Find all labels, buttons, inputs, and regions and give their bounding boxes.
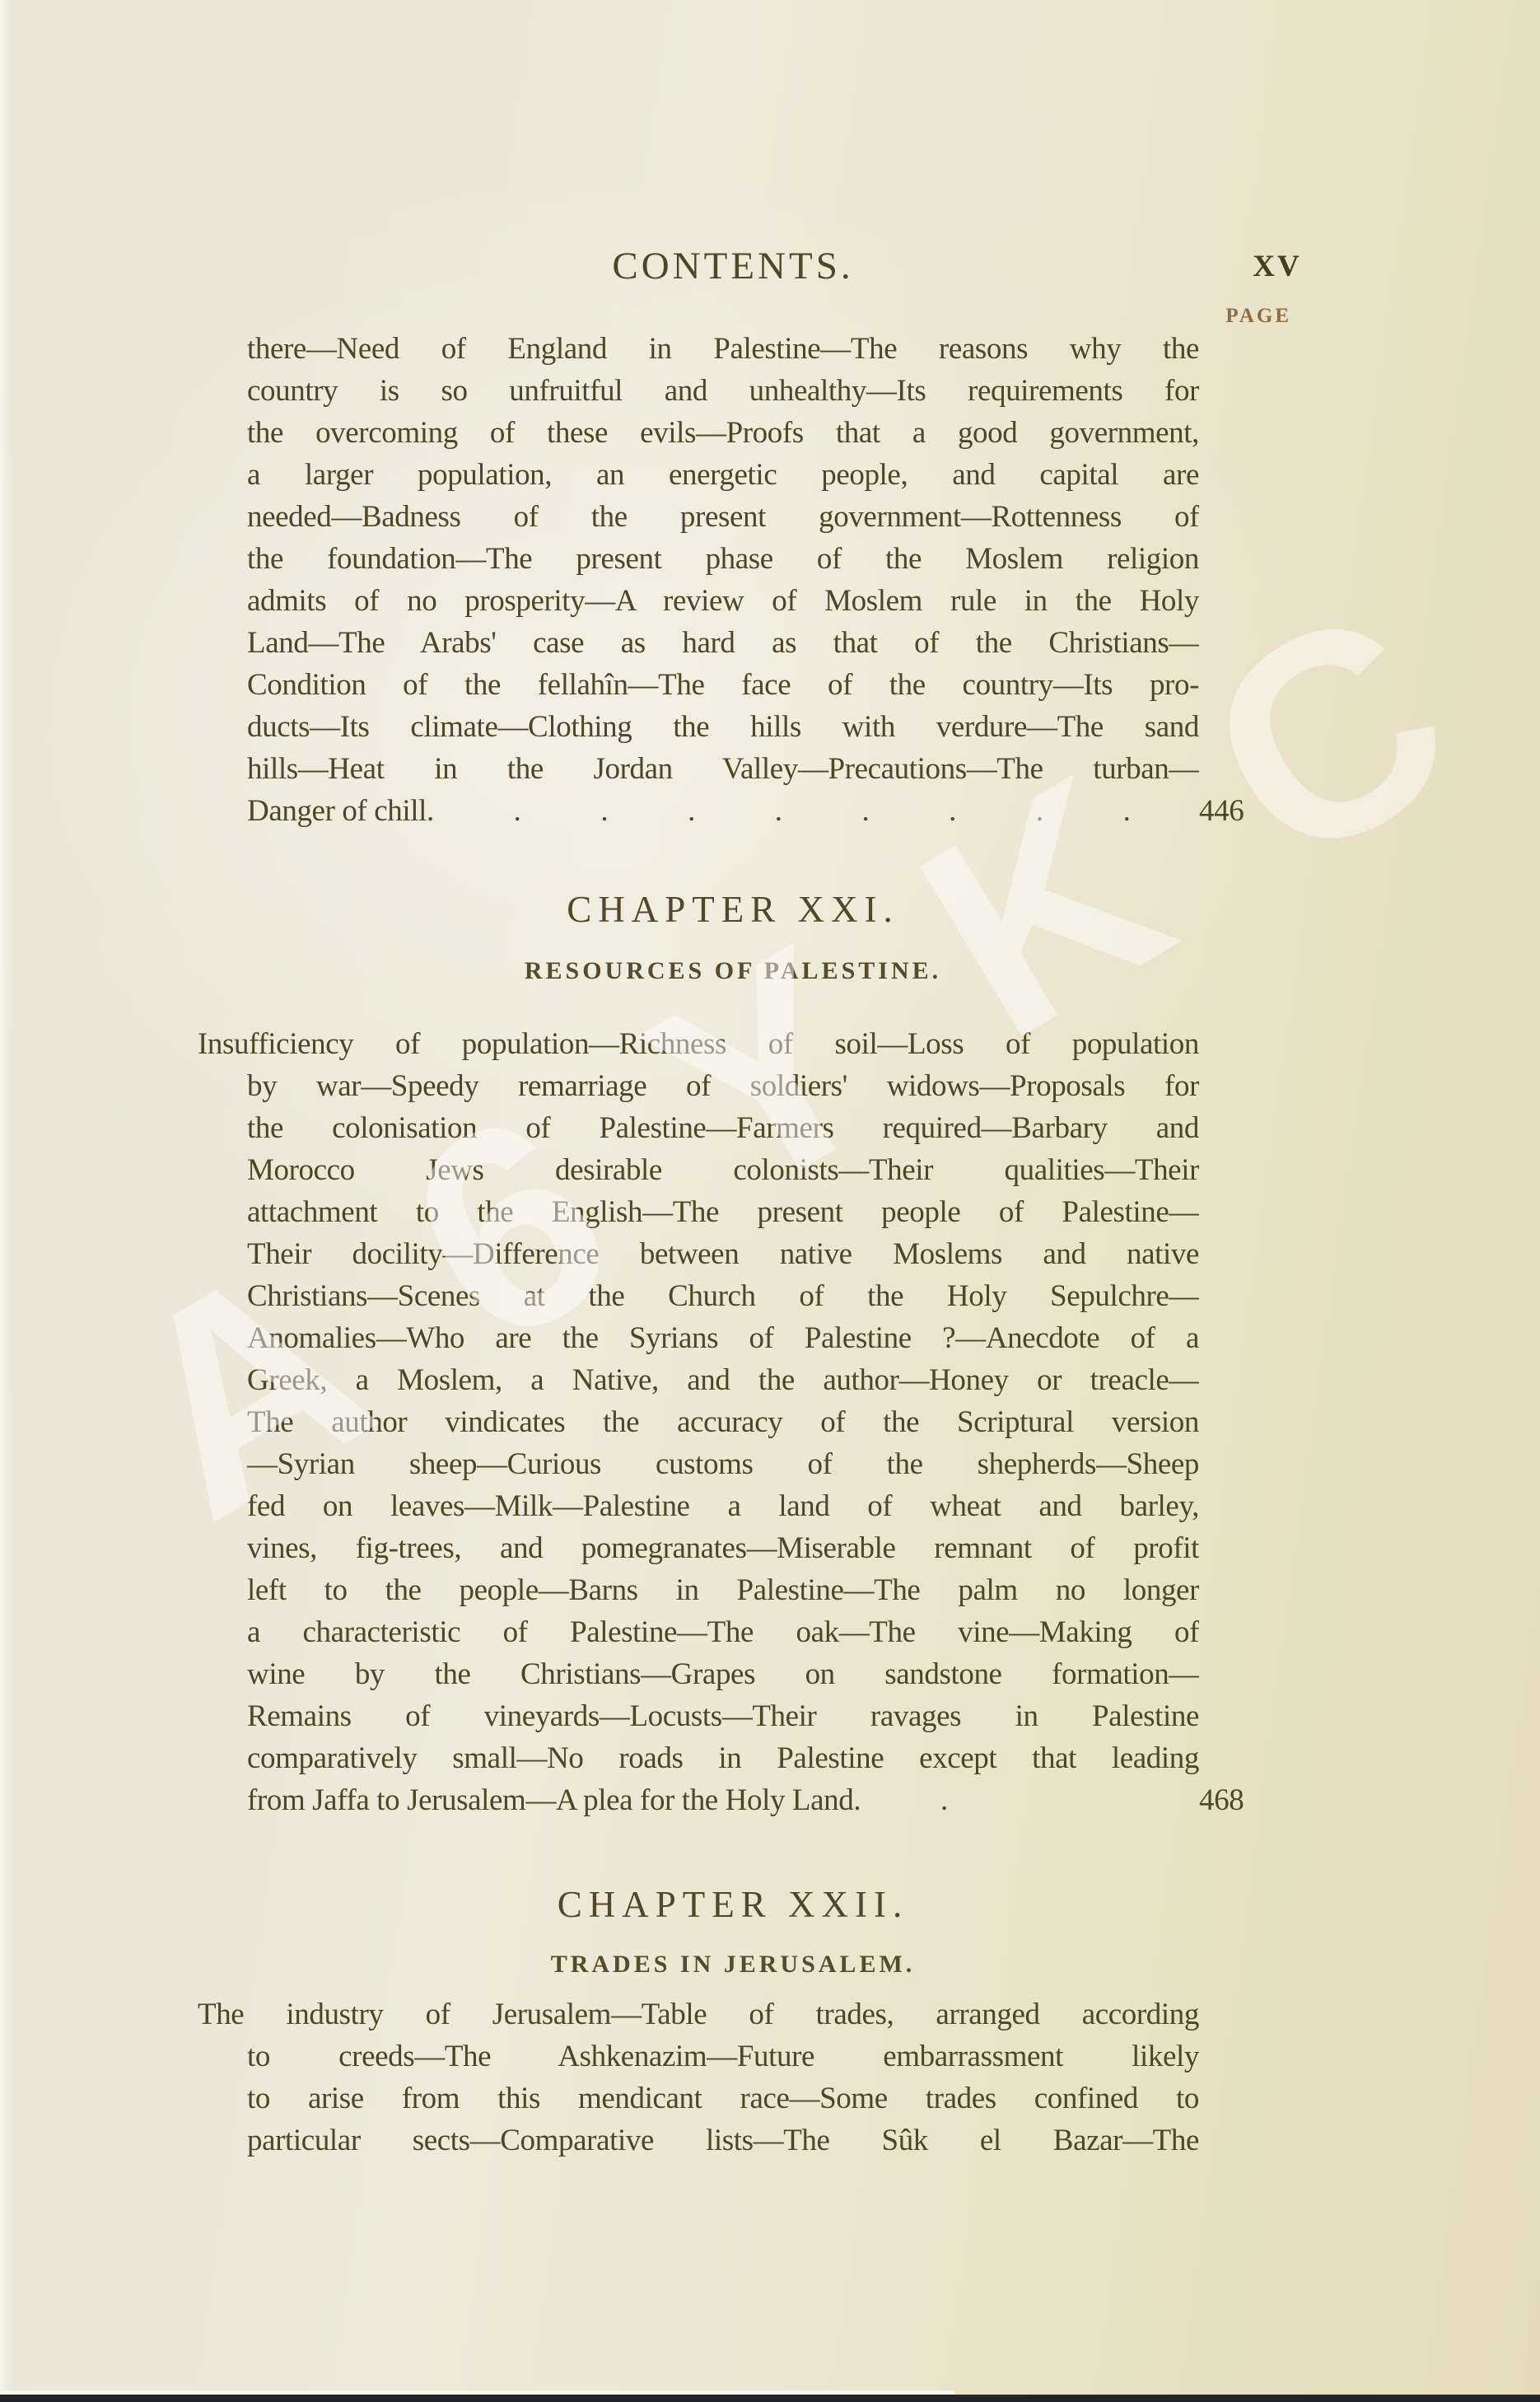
toc-line: The industry of Jerusalem—Table of trade… xyxy=(198,1993,1199,2035)
page-number: 468 xyxy=(1199,1779,1291,1821)
leader-dots: . . xyxy=(853,1779,1199,1821)
toc-line: a larger population, an energetic people… xyxy=(198,454,1199,496)
chapter-subheading: TRADES IN JERUSALEM. xyxy=(206,1951,1260,1979)
folio-number: XV xyxy=(1240,249,1314,284)
toc-line: wine by the Christians—Grapes on sandsto… xyxy=(198,1653,1199,1695)
toc-line: admits of no prosperity—A review of Mosl… xyxy=(198,580,1199,622)
bottom-edge xyxy=(0,2395,1540,2402)
toc-line: vines, fig-trees, and pomegranates—Miser… xyxy=(198,1527,1199,1569)
chapter-subheading: RESOURCES OF PALESTINE. xyxy=(206,957,1260,985)
toc-line: —Syrian sheep—Curious customs of the she… xyxy=(198,1443,1199,1485)
toc-line: country is so unfruitful and unhealthy—I… xyxy=(198,370,1199,412)
page-number: 446 xyxy=(1199,790,1291,832)
book-page: CONTENTS. XV PAGE there—Need of England … xyxy=(0,0,1540,2402)
toc-entry-lines: by war—Speedy remarriage of soldiers' wi… xyxy=(198,1065,1291,1779)
toc-line: attachment to the English—The present pe… xyxy=(198,1191,1199,1233)
toc-line: a characteristic of Palestine—The oak—Th… xyxy=(198,1611,1199,1653)
toc-entry-lines: to creeds—The Ashkenazim—Future embarras… xyxy=(198,2035,1291,2161)
toc-line: the colonisation of Palestine—Farmers re… xyxy=(198,1107,1199,1149)
leader-label: from Jaffa to Jerusalem—A plea for the H… xyxy=(198,1779,853,1821)
toc-line: to creeds—The Ashkenazim—Future embarras… xyxy=(198,2035,1199,2077)
toc-line: there—Need of England in Palestine—The r… xyxy=(198,328,1199,370)
toc-line: left to the people—Barns in Palestine—Th… xyxy=(198,1569,1199,1611)
toc-line: fed on leaves—Milk—Palestine a land of w… xyxy=(198,1485,1199,1527)
toc-line: to arise from this mendicant race—Some t… xyxy=(198,2077,1199,2119)
toc-line: Remains of vineyards—Locusts—Their ravag… xyxy=(198,1695,1199,1737)
toc-line: needed—Badness of the present government… xyxy=(198,496,1199,538)
toc-entry-continued: there—Need of England in Palestine—The r… xyxy=(198,328,1291,832)
toc-line: particular sects—Comparative lists—The S… xyxy=(198,2119,1199,2161)
page-title: CONTENTS. xyxy=(206,244,1260,288)
toc-entry-lines: there—Need of England in Palestine—The r… xyxy=(198,328,1291,790)
toc-line: Anomalies—Who are the Syrians of Palesti… xyxy=(198,1317,1199,1359)
toc-line: ducts—Its climate—Clothing the hills wit… xyxy=(198,706,1199,748)
toc-leader-line: Danger of chill . . . . . . . . . 446 xyxy=(198,790,1291,832)
toc-line: Greek, a Moslem, a Native, and the autho… xyxy=(198,1359,1199,1401)
toc-line: comparatively small—No roads in Palestin… xyxy=(198,1737,1199,1779)
toc-line: Their docility—Difference between native… xyxy=(198,1233,1199,1275)
toc-line: Christians—Scenes at the Church of the H… xyxy=(198,1275,1199,1317)
chapter-heading: CHAPTER XXII. xyxy=(206,1883,1260,1926)
page-column-label: PAGE xyxy=(1192,305,1291,328)
leader-label: Danger of chill xyxy=(198,790,427,832)
toc-leader-line: from Jaffa to Jerusalem—A plea for the H… xyxy=(198,1779,1291,1821)
chapter-heading: CHAPTER XXI. xyxy=(206,888,1260,931)
toc-line: the foundation—The present phase of the … xyxy=(198,538,1199,580)
toc-line: the overcoming of these evils—Proofs tha… xyxy=(198,412,1199,454)
toc-entry: Insufficiency of population—Richness of … xyxy=(198,1023,1291,1821)
leader-dots: . . . . . . . . . xyxy=(427,790,1199,832)
toc-line: The author vindicates the accuracy of th… xyxy=(198,1401,1199,1443)
toc-entry: The industry of Jerusalem—Table of trade… xyxy=(198,1993,1291,2161)
toc-line: Insufficiency of population—Richness of … xyxy=(198,1023,1199,1065)
toc-line: Morocco Jews desirable colonists—Their q… xyxy=(198,1149,1199,1191)
toc-line: by war—Speedy remarriage of soldiers' wi… xyxy=(198,1065,1199,1107)
left-page-edge xyxy=(0,0,13,2402)
toc-line: Condition of the fellahîn—The face of th… xyxy=(198,664,1199,706)
toc-line: hills—Heat in the Jordan Valley—Precauti… xyxy=(198,748,1199,790)
toc-line: Land—The Arabs' case as hard as that of … xyxy=(198,622,1199,664)
